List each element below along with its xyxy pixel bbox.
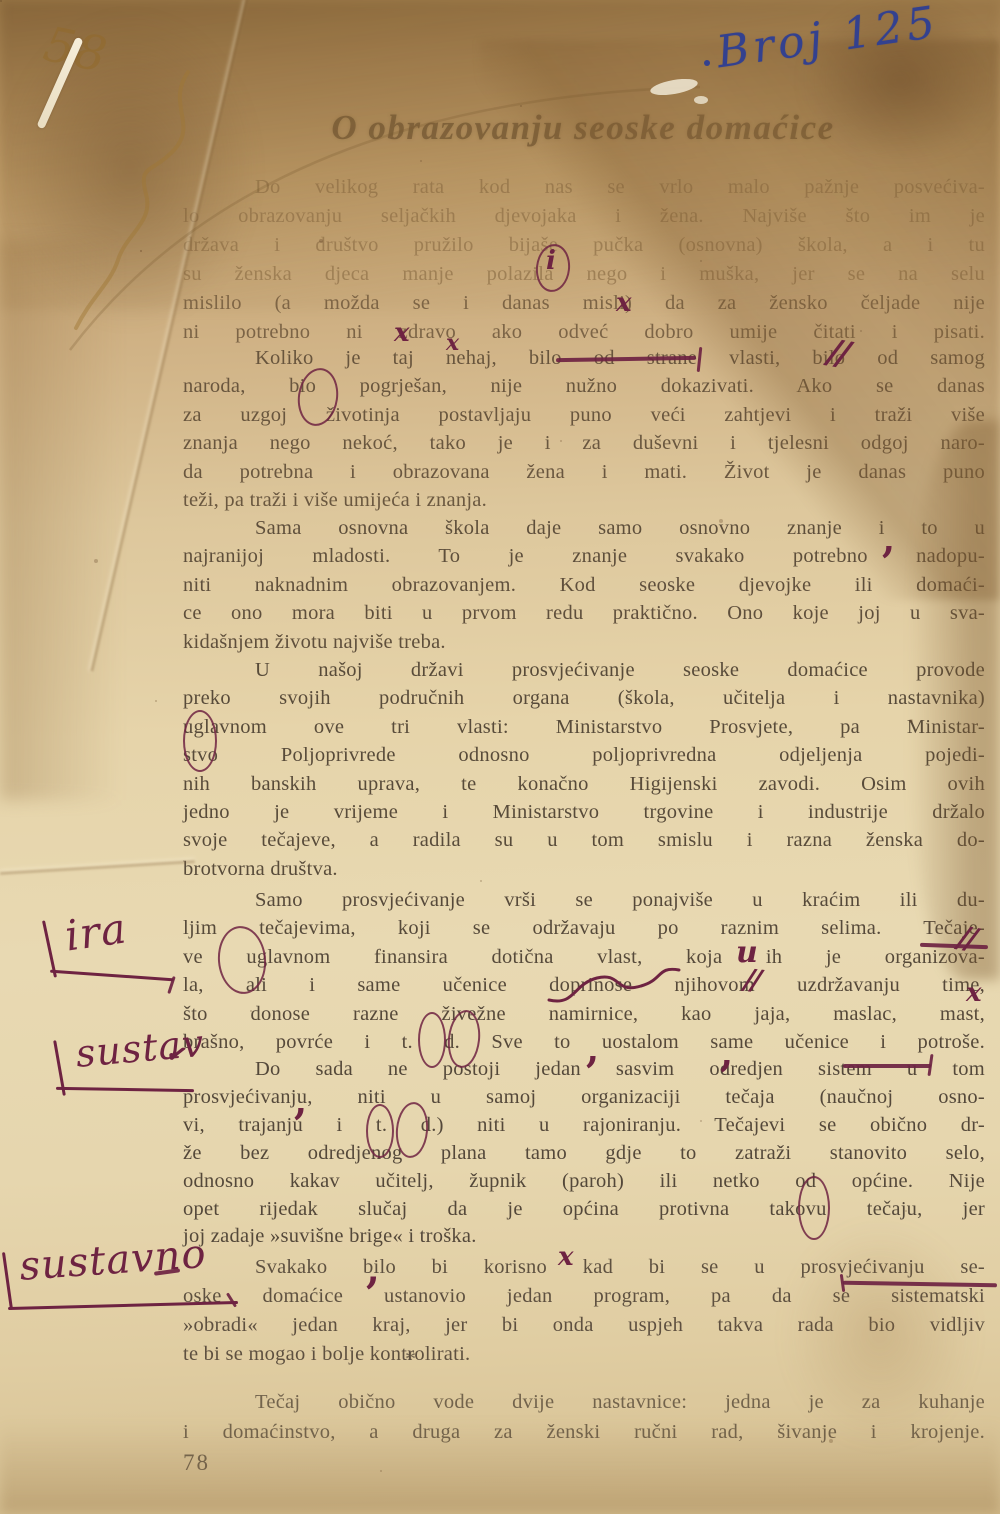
margin-note-ira: ira: [62, 903, 130, 960]
text-line: Samo prosvjećivanje vrši se ponajviše u …: [183, 886, 985, 914]
text-line: svoje tečajeve, a radila su u tom smislu…: [183, 826, 985, 854]
text-line: uglavnom ove tri vlasti: Ministarstvo Pr…: [183, 713, 985, 741]
paragraph: U našoj državi prosvjećivanje seoske dom…: [183, 656, 985, 883]
text-line: Svakako bilo bi korisno kad bi se u pros…: [183, 1253, 985, 1282]
text-line: najranijoj mladosti. To je znanje svakak…: [183, 542, 985, 570]
text-line: opet rijedak slučaj da je općina protivn…: [183, 1196, 985, 1224]
text-line: ljim tečajevima, koji se održavaju po ra…: [183, 914, 985, 942]
text-line: že bez odredjenog plana tamo gdje to zat…: [183, 1140, 985, 1168]
inserted-comma: ,: [882, 520, 895, 558]
strikethrough-sistem: [843, 1064, 931, 1068]
squiggle-doprinose: [545, 960, 700, 1008]
paragraph: Sama osnovna škola daje samo osnovno zna…: [183, 514, 985, 656]
text-line: niti naknadnim obrazovanjem. Kod seoske …: [183, 571, 985, 599]
text-line: država i društvo pružilo bijaše pučka (o…: [183, 231, 985, 260]
inserted-comma: ,: [586, 1030, 599, 1068]
inserted-comma: ,: [294, 1082, 307, 1120]
text-line: odnosno kakav učitelj, župnik (paroh) il…: [183, 1168, 985, 1196]
scanned-document-page: O obrazovanju seoske domaćice Do velikog…: [0, 0, 1000, 1514]
text-line: brotvorna društva.: [183, 855, 985, 883]
circle-takovu: [798, 1176, 830, 1240]
text-line: mislilo (a možda se i danas misli) da za…: [183, 289, 985, 318]
text-line: kidašnjem životu najviše treba.: [183, 628, 985, 656]
text-line: i domaćinstvo, a druga za ženski ručni r…: [183, 1418, 985, 1448]
page-number: 78: [183, 1450, 210, 1476]
text-line: nih banskih uprava, te konačno Higijensk…: [183, 770, 985, 798]
x-mark: x: [616, 288, 632, 318]
x-mark: x: [394, 318, 410, 348]
text-line: jedno je vrijeme i Ministarstvo trgovine…: [183, 798, 985, 826]
text-line: lo obrazovanju seljačkih djevojaka i žen…: [183, 202, 985, 231]
text-line: oske domaćice ustanovio jedan program, p…: [183, 1282, 985, 1311]
text-line: te bi se mogao i bolje kontrolirati.: [183, 1340, 985, 1369]
margin-scribble: [46, 62, 216, 362]
text-line: preko svojih područnih organa (škola, uč…: [183, 684, 985, 712]
circle-t: [418, 1012, 446, 1068]
text-line: Do velikog rata kod nas se vrlo malo paž…: [183, 173, 985, 202]
circle-t-2: [366, 1104, 394, 1158]
x-mark: x: [966, 978, 982, 1008]
article-title: O obrazovanju seoske domaćice: [183, 108, 983, 148]
x-mark: x: [446, 330, 459, 356]
text-line: »obradi« jedan kraj, jer bi onda uspjeh …: [183, 1311, 985, 1340]
text-line: ni potrebno ni zdravo ako odveć dobro um…: [183, 318, 985, 347]
text-line: da potrebna i obrazovana žena i mati. Ži…: [183, 458, 985, 486]
text-line: Sama osnovna škola daje samo osnovno zna…: [183, 514, 985, 542]
text-line: znanja nego nekoć, tako je i za duševni …: [183, 429, 985, 457]
paragraph: Tečaj obično vode dvije nastavnice: jedn…: [183, 1388, 985, 1447]
text-line: teži, pa traži i više umijeća i znanja.: [183, 486, 985, 514]
paragraph: Koliko je taj nehaj, bilo od strane vlas…: [183, 344, 985, 514]
text-line: ce ono mora biti u prvom redu praktično.…: [183, 599, 985, 627]
text-line: U našoj državi prosvjećivanje seoske dom…: [183, 656, 985, 684]
double-slash-mark: //: [743, 965, 760, 994]
paragraph: Do velikog rata kod nas se vrlo malo paž…: [183, 173, 985, 346]
section-separator-asterisk: *: [405, 1346, 416, 1372]
circle-uglavnom: [183, 710, 217, 772]
paragraph: Svakako bilo bi korisno kad bi se u pros…: [183, 1253, 985, 1369]
inserted-comma: ,: [720, 1034, 733, 1072]
inserted-comma: ,: [366, 1250, 380, 1290]
text-line: stvo Poljoprivrede odnosno poljoprivredn…: [183, 741, 985, 769]
text-line: su ženska djeca manje polazila nego i mu…: [183, 260, 985, 289]
ink-dot: [704, 60, 710, 66]
text-line: Tečaj obično vode dvije nastavnice: jedn…: [183, 1388, 985, 1418]
text-line: joj zadaje »suvišne brige« i troška.: [183, 1223, 985, 1251]
x-mark: x: [558, 1242, 574, 1272]
text-line: brašno, povrće i t. d. Sve to uostalom s…: [183, 1028, 985, 1056]
